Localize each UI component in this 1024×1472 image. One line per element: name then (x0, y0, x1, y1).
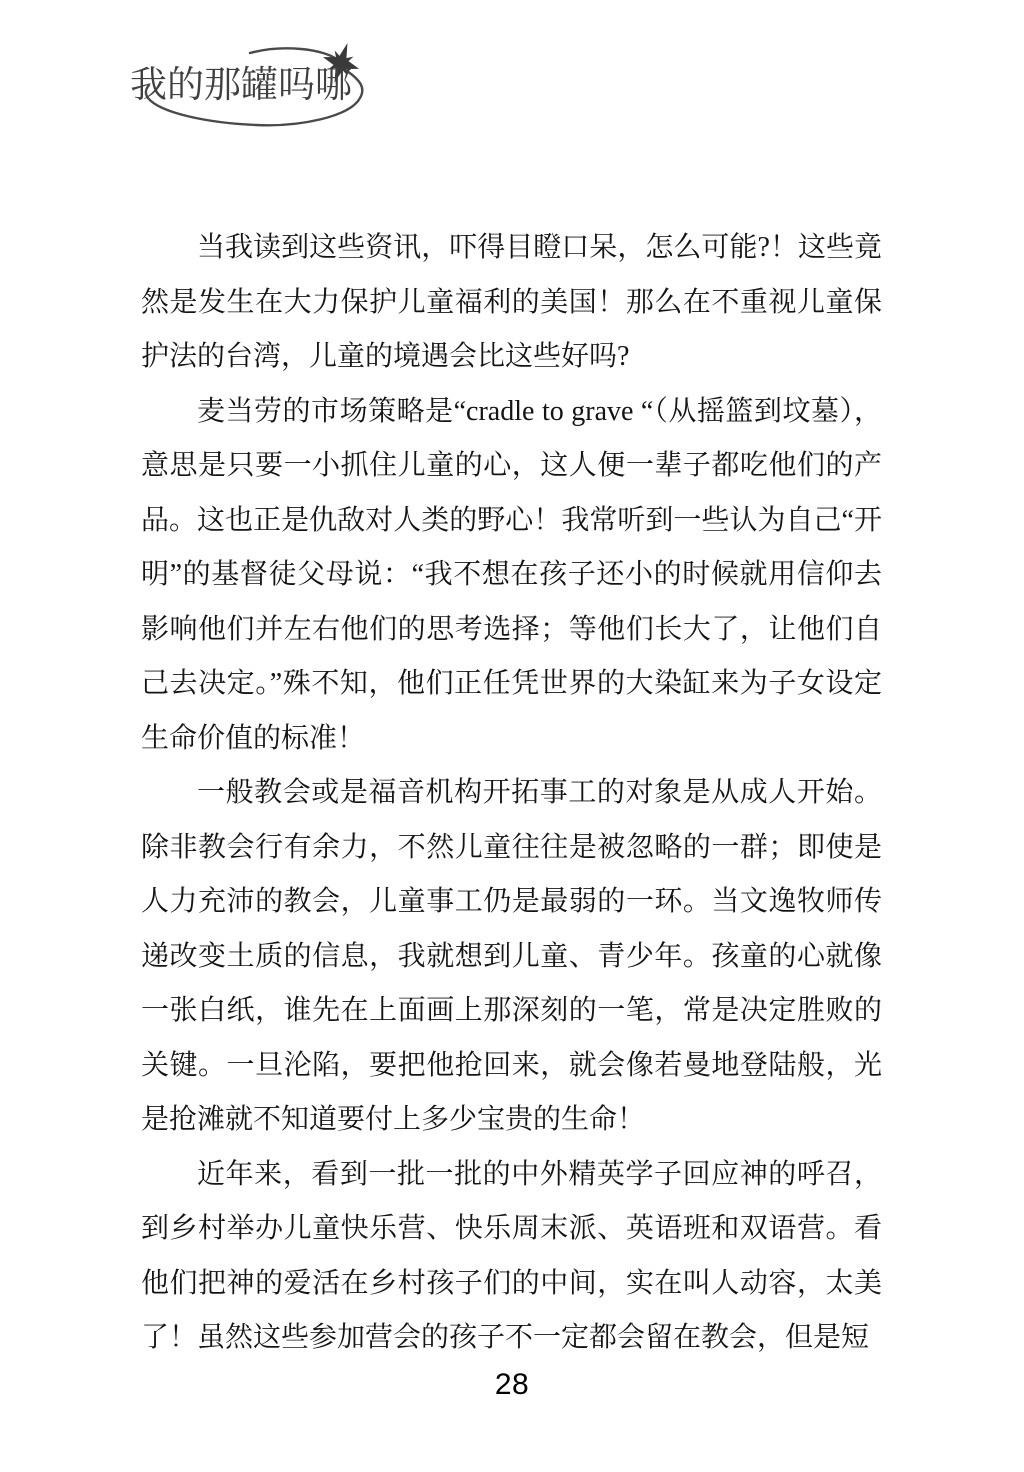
paragraph: 麦当劳的市场策略是“cradle to grave “（从摇篮到坟墓），意思是只… (141, 385, 882, 767)
header-logo: 我的那罐吗哪 (118, 40, 388, 140)
page-number: 28 (0, 1368, 1024, 1402)
paragraph: 近年来，看到一批一批的中外精英学子回应神的呼召，到乡村举办儿童快乐营、快乐周末派… (141, 1148, 882, 1366)
paragraph: 当我读到这些资讯，吓得目瞪口呆，怎么可能?！这些竟然是发生在大力保护儿童福利的美… (141, 221, 882, 385)
book-page: 我的那罐吗哪 当我读到这些资讯，吓得目瞪口呆，怎么可能?！这些竟然是发生在大力保… (0, 0, 1024, 1472)
logo-title: 我的那罐吗哪 (130, 64, 352, 106)
paragraph: 一般教会或是福音机构开拓事工的对象是从成人开始。除非教会行有余力，不然儿童往往是… (141, 766, 882, 1148)
body-text: 当我读到这些资讯，吓得目瞪口呆，怎么可能?！这些竟然是发生在大力保护儿童福利的美… (141, 221, 882, 1366)
